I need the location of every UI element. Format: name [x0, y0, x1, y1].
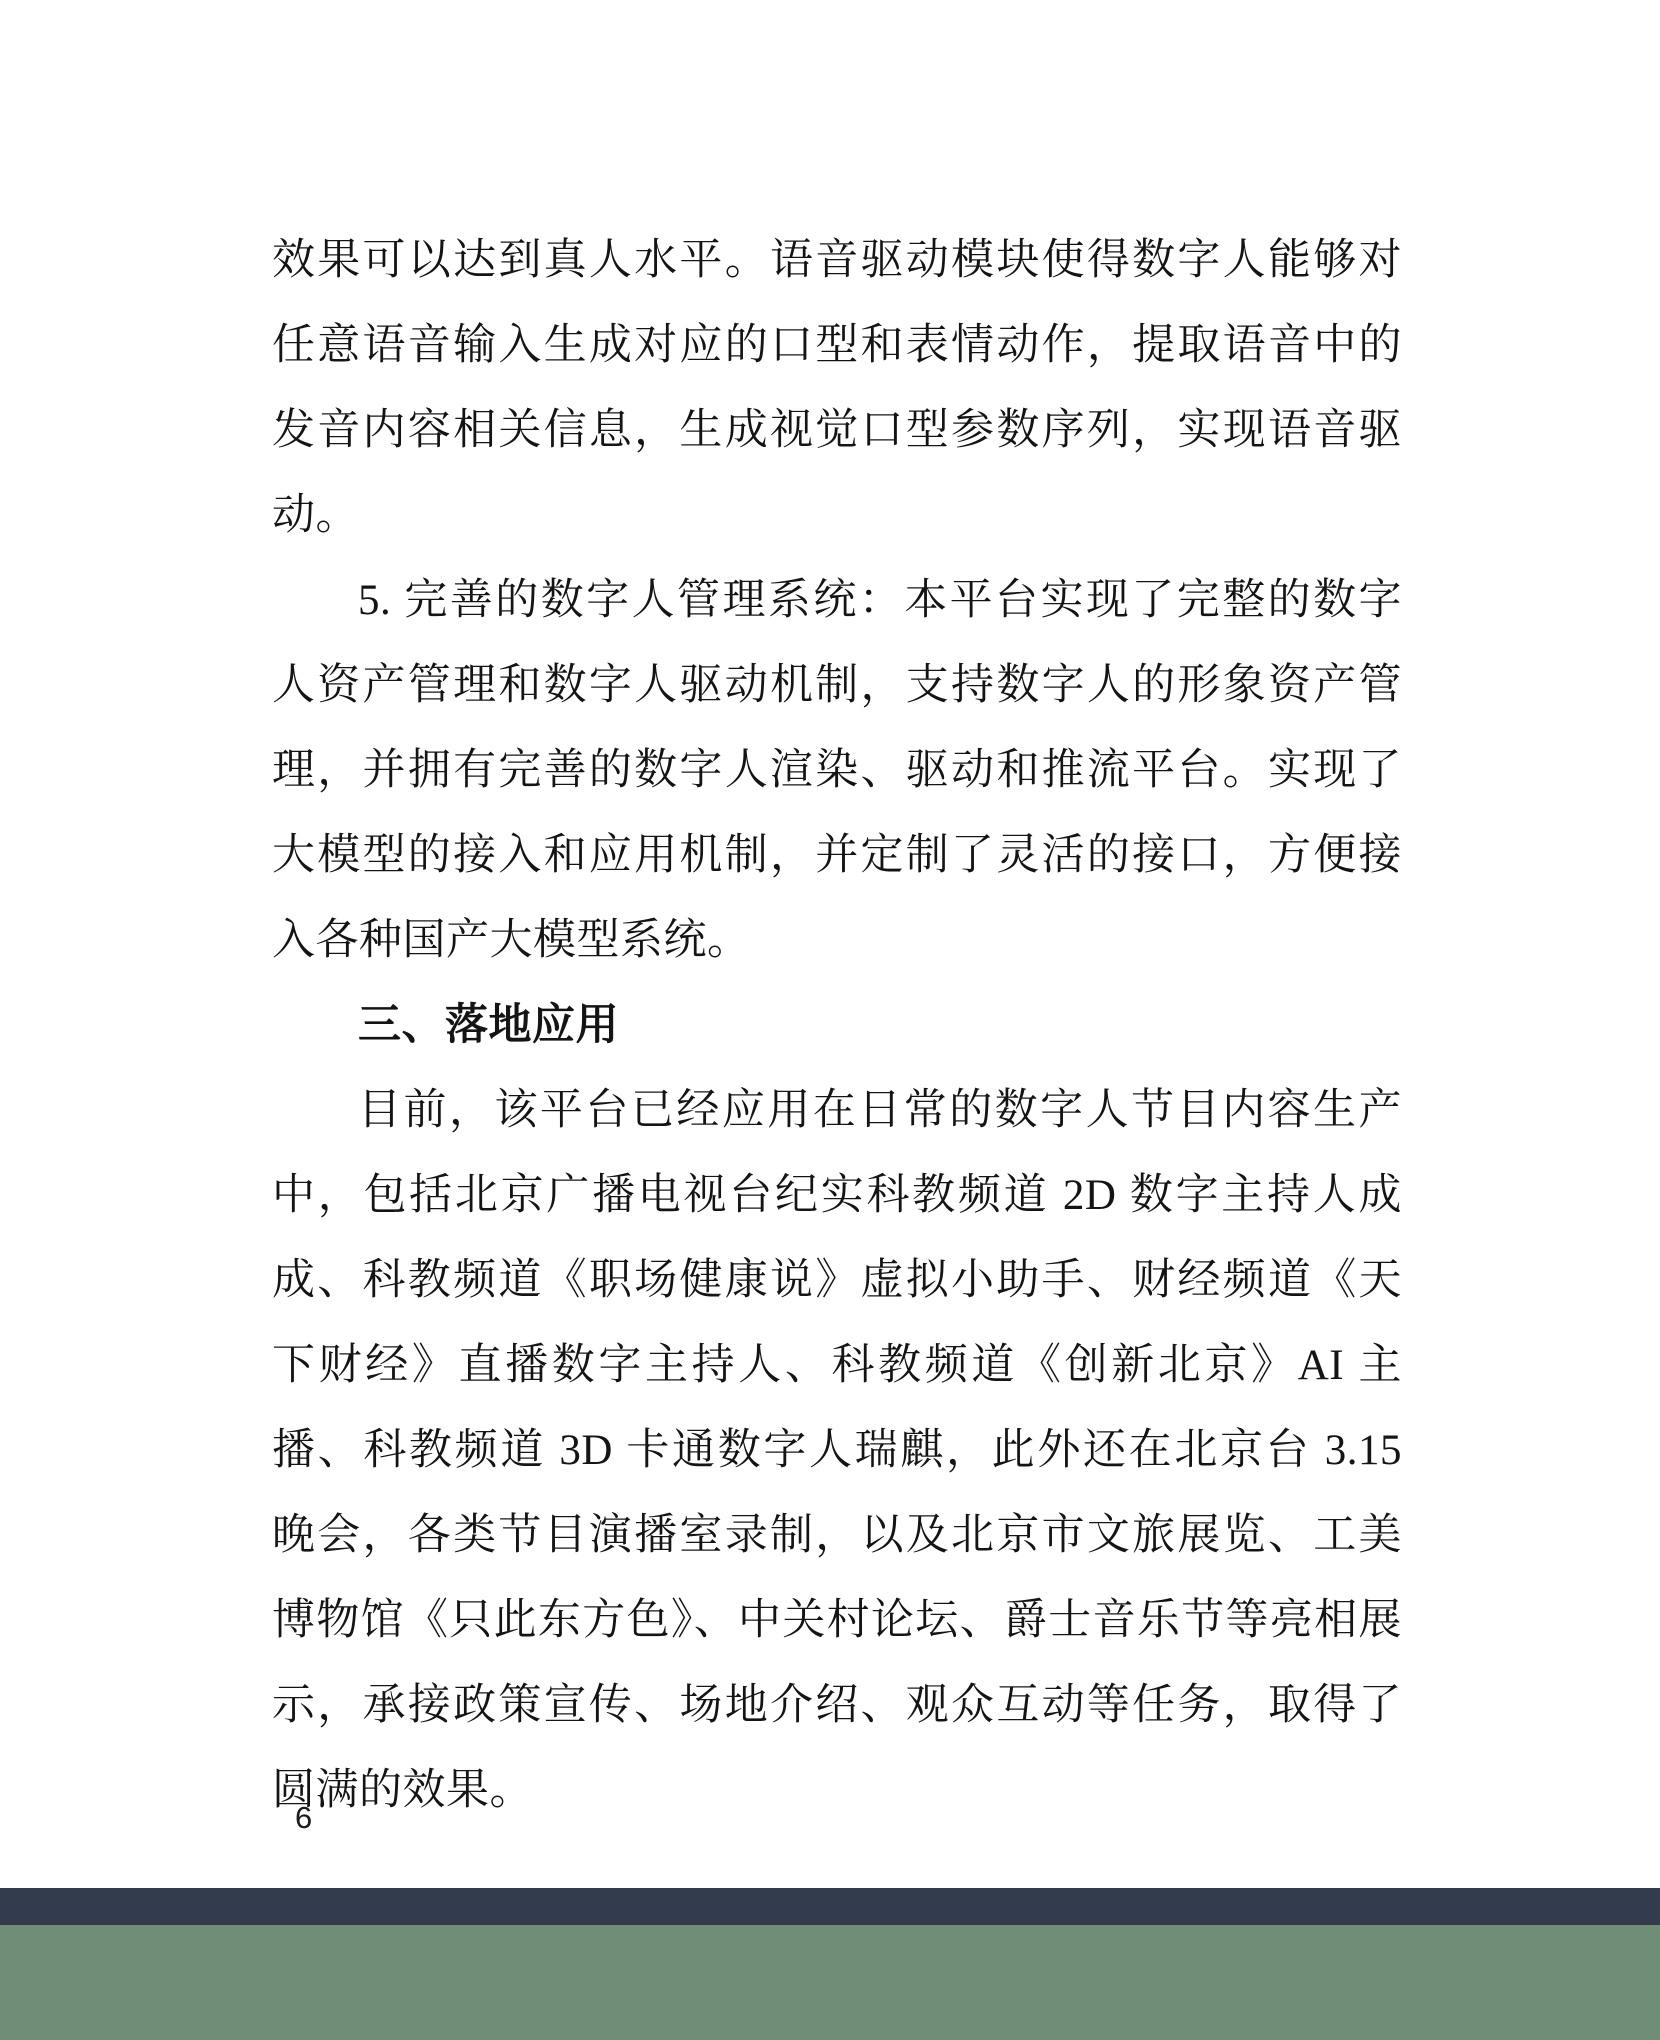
- paragraph-deployed-applications: 目前，该平台已经应用在日常的数字人节目内容生产中，包括北京广播电视台纪实科教频道…: [272, 1068, 1402, 1833]
- page-number: 6: [295, 1798, 312, 1838]
- paragraph-voice-driving: 效果可以达到真人水平。语音驱动模块使得数字人能够对任意语音输入生成对应的口型和表…: [272, 218, 1402, 558]
- section-heading-applications: 三、落地应用: [272, 983, 1402, 1068]
- text-block: 效果可以达到真人水平。语音驱动模块使得数字人能够对任意语音输入生成对应的口型和表…: [272, 218, 1402, 1833]
- footer-navy-bar: [0, 1888, 1660, 1925]
- document-page: 效果可以达到真人水平。语音驱动模块使得数字人能够对任意语音输入生成对应的口型和表…: [0, 0, 1660, 2040]
- footer-green-band: [0, 1925, 1660, 2040]
- paragraph-item5-management-system: 5. 完善的数字人管理系统：本平台实现了完整的数字人资产管理和数字人驱动机制，支…: [272, 558, 1402, 983]
